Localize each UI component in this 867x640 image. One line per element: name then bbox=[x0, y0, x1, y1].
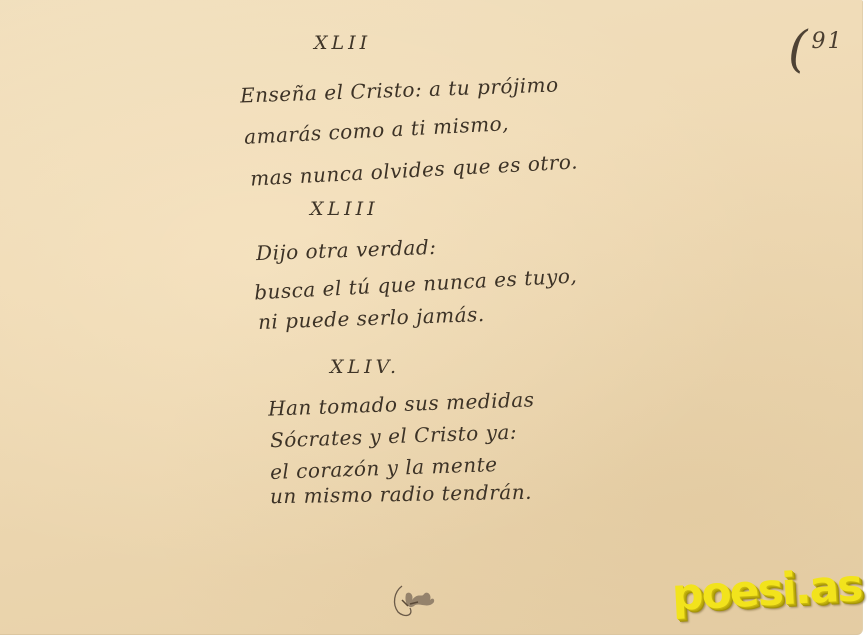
poem-numeral-44: XLIV. bbox=[330, 356, 400, 378]
folio-number-value: 91 bbox=[812, 29, 844, 54]
poem-line: amarás como a ti mismo, bbox=[244, 111, 510, 149]
poem-line: Enseña el Cristo: a tu prójimo bbox=[240, 72, 559, 107]
folio-number: (91 bbox=[788, 14, 844, 72]
page: (91 XLII Enseña el Cristo: a tu prójimo … bbox=[0, 0, 867, 640]
manuscript-paper: (91 XLII Enseña el Cristo: a tu prójimo … bbox=[0, 0, 863, 635]
poem-line: mas nunca olvides que es otro. bbox=[250, 149, 579, 190]
folio-paren: ( bbox=[788, 20, 810, 78]
poem-line: ni puede serlo jamás. bbox=[258, 302, 485, 334]
poem-line: Han tomado sus medidas bbox=[268, 387, 535, 420]
poesias-watermark-logo: poesi.as bbox=[671, 560, 863, 621]
poem-line: el corazón y la mente bbox=[270, 452, 498, 484]
poem-line: busca el tú que nunca es tuyo, bbox=[254, 264, 578, 305]
poem-numeral-42: XLII bbox=[314, 32, 371, 54]
poem-line: Sócrates y el Cristo ya: bbox=[270, 420, 518, 453]
poem-line: Dijo otra verdad: bbox=[256, 235, 437, 265]
poem-numeral-43: XLIII bbox=[310, 198, 379, 220]
poem-line: un mismo radio tendrán. bbox=[270, 480, 532, 509]
archive-stamp-icon bbox=[388, 582, 440, 618]
